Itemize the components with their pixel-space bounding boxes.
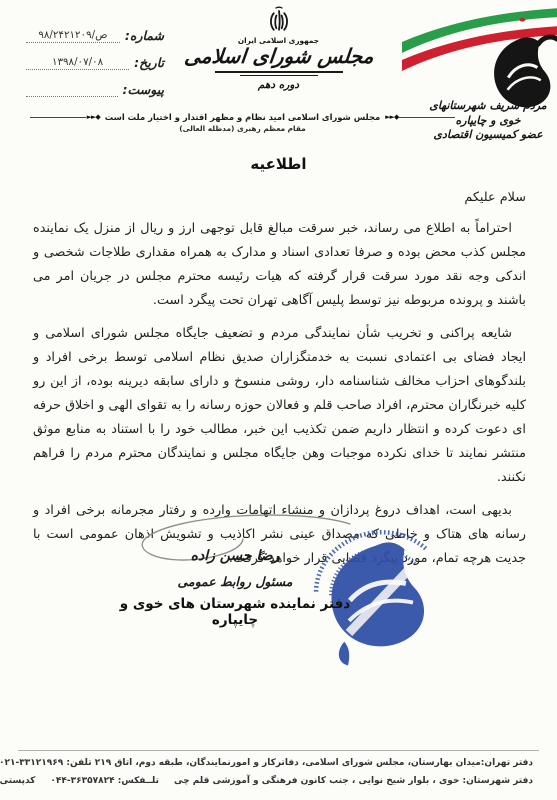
assembly-underline-2: [240, 75, 318, 76]
motto-attribution: مقام معظم رهبری (مدظله العالی): [30, 124, 455, 133]
tehran-office-address: دفتر تهران:میدان بهارستان، مجلس شورای اس…: [18, 754, 533, 772]
letterhead-center: جمهوری اسلامی ایران مجلس شورای اسلامی دو…: [179, 5, 379, 91]
paragraph-1: احتراماً به اطلاع می رساند، خبر سرقت مبا…: [33, 217, 526, 313]
postal-code: کدپستی: ۵۸۱۶۷۷۷۴۸۱: [0, 772, 35, 790]
footer-contact: دفتر تهران:میدان بهارستان، مجلس شورای اس…: [18, 754, 533, 790]
meta-row-attachment: پیوست:: [26, 70, 164, 97]
greeting: سلام علیکم: [33, 186, 526, 210]
letter-title: اطلاعیه: [0, 155, 557, 173]
mp-letterhead-block: مردم شریف شهرستانهای خوی و چایپاره عضو ک…: [392, 0, 557, 170]
meta-row-number: شماره: ص/۹۸/۲۴۲۱۲۰۹: [26, 16, 164, 43]
scanned-letter-page: شماره: ص/۹۸/۲۴۲۱۲۰۹ تاریخ: ۱۳۹۸/۰۷/۰۸ پی…: [0, 0, 557, 800]
signer-name: رضا حسن زاده: [103, 548, 367, 564]
footer-divider: [18, 750, 539, 751]
date-label: تاریخ:: [134, 55, 164, 70]
attachment-value: [26, 83, 118, 97]
divider-ornament-icon: ►►◆: [384, 109, 399, 125]
signer-office: دفتر نماینده شهرستان های خوی و چایپاره: [103, 596, 367, 628]
number-value: ص/۹۸/۲۴۲۱۲۰۹: [26, 29, 120, 43]
attachment-label: پیوست:: [123, 82, 164, 97]
letter-meta-block: شماره: ص/۹۸/۲۴۲۱۲۰۹ تاریخ: ۱۳۹۸/۰۷/۰۸ پی…: [26, 16, 164, 97]
motto-divider: ►►◆ مجلس شورای اسلامی امید نظام و مظهر ا…: [30, 109, 455, 125]
national-emblem-icon: [264, 5, 294, 35]
assembly-underline: [215, 71, 343, 73]
divider-ornament-icon: ►►◆: [86, 109, 101, 125]
signature-block: رضا حسن زاده مسئول روابط عمومی دفتر نمای…: [103, 548, 367, 628]
county-office-address: دفتر شهرستان: خوی ، بلوار شیخ نوایی ، جن…: [174, 772, 533, 790]
county-office-row: دفتر شهرستان: خوی ، بلوار شیخ نوایی ، جن…: [18, 772, 533, 790]
motto-text: مجلس شورای اسلامی امید نظام و مظهر اقتدا…: [101, 109, 384, 125]
assembly-term: دوره دهم: [179, 79, 379, 91]
paragraph-2: شایعه پراکنی و تخریب شأن نمایندگی مردم و…: [33, 322, 526, 490]
date-value: ۱۳۹۸/۰۷/۰۸: [26, 56, 129, 70]
telefax-number: تلــفکس: ۳۶۳۵۷۸۲۴-۰۴۴: [50, 772, 159, 790]
signer-role: مسئول روابط عمومی: [103, 574, 367, 589]
meta-row-date: تاریخ: ۱۳۹۸/۰۷/۰۸: [26, 43, 164, 70]
assembly-title: مجلس شورای اسلامی: [177, 46, 379, 68]
number-label: شماره:: [125, 28, 164, 43]
